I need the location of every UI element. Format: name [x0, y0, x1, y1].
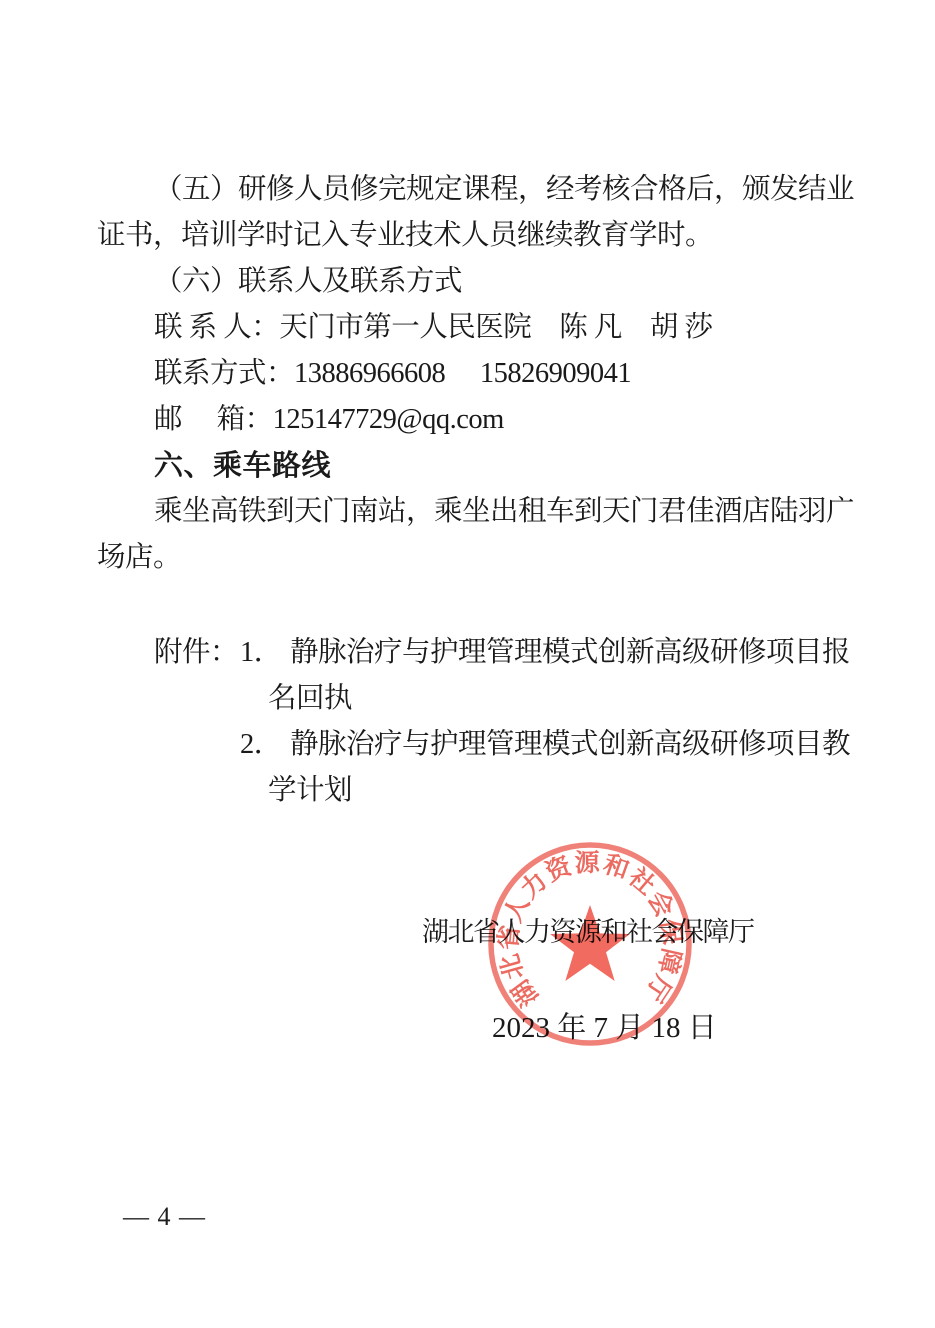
attachment-2-title-line2: 学计划 — [97, 768, 887, 814]
section6-heading: 六、乘车路线 — [97, 443, 887, 489]
issuer-signature: 湖北省人力资源和社会保障厅 — [422, 909, 754, 955]
attachments-label: 附件： — [154, 630, 238, 676]
contact-person-line: 联 系 人：天门市第一人民医院 陈 凡 胡 莎 — [97, 305, 887, 351]
route-line2: 场店。 — [97, 535, 887, 581]
contact-phone-line: 联系方式：13886966608 15826909041 — [97, 351, 887, 397]
attachment-2-title-line1: 静脉治疗与护理管理模式创新高级研修项目教 — [290, 722, 850, 768]
para-item5-line1: （五）研修人员修完规定课程，经考核合格后，颁发结业 — [97, 167, 887, 213]
issue-date: 2023 年 7 月 18 日 — [492, 1005, 717, 1051]
attachment-1-title-line1: 静脉治疗与护理管理模式创新高级研修项目报 — [290, 630, 850, 676]
contact-email-line: 邮 箱：125147729@qq.com — [97, 397, 887, 443]
attachment-1-title-line2: 名回执 — [97, 676, 887, 722]
attachment-row-1: 附件： 1． 静脉治疗与护理管理模式创新高级研修项目报 — [97, 630, 887, 676]
route-line1: 乘坐高铁到天门南站，乘坐出租车到天门君佳酒店陆羽广 — [97, 489, 887, 535]
document-page: （五）研修人员修完规定课程，经考核合格后，颁发结业 证书，培训学时记入专业技术人… — [0, 0, 935, 1328]
para-item5-line2: 证书，培训学时记入专业技术人员继续教育学时。 — [97, 213, 887, 259]
document-body: （五）研修人员修完规定课程，经考核合格后，颁发结业 证书，培训学时记入专业技术人… — [97, 167, 887, 814]
attachment-row-2: 2． 静脉治疗与护理管理模式创新高级研修项目教 — [97, 722, 887, 768]
spacer — [97, 581, 887, 630]
page-number: — 4 — — [123, 1197, 206, 1237]
para-item6-heading: （六）联系人及联系方式 — [97, 259, 887, 305]
attachment-1-number: 1． — [240, 630, 282, 676]
attachment-2-number: 2． — [240, 722, 282, 768]
